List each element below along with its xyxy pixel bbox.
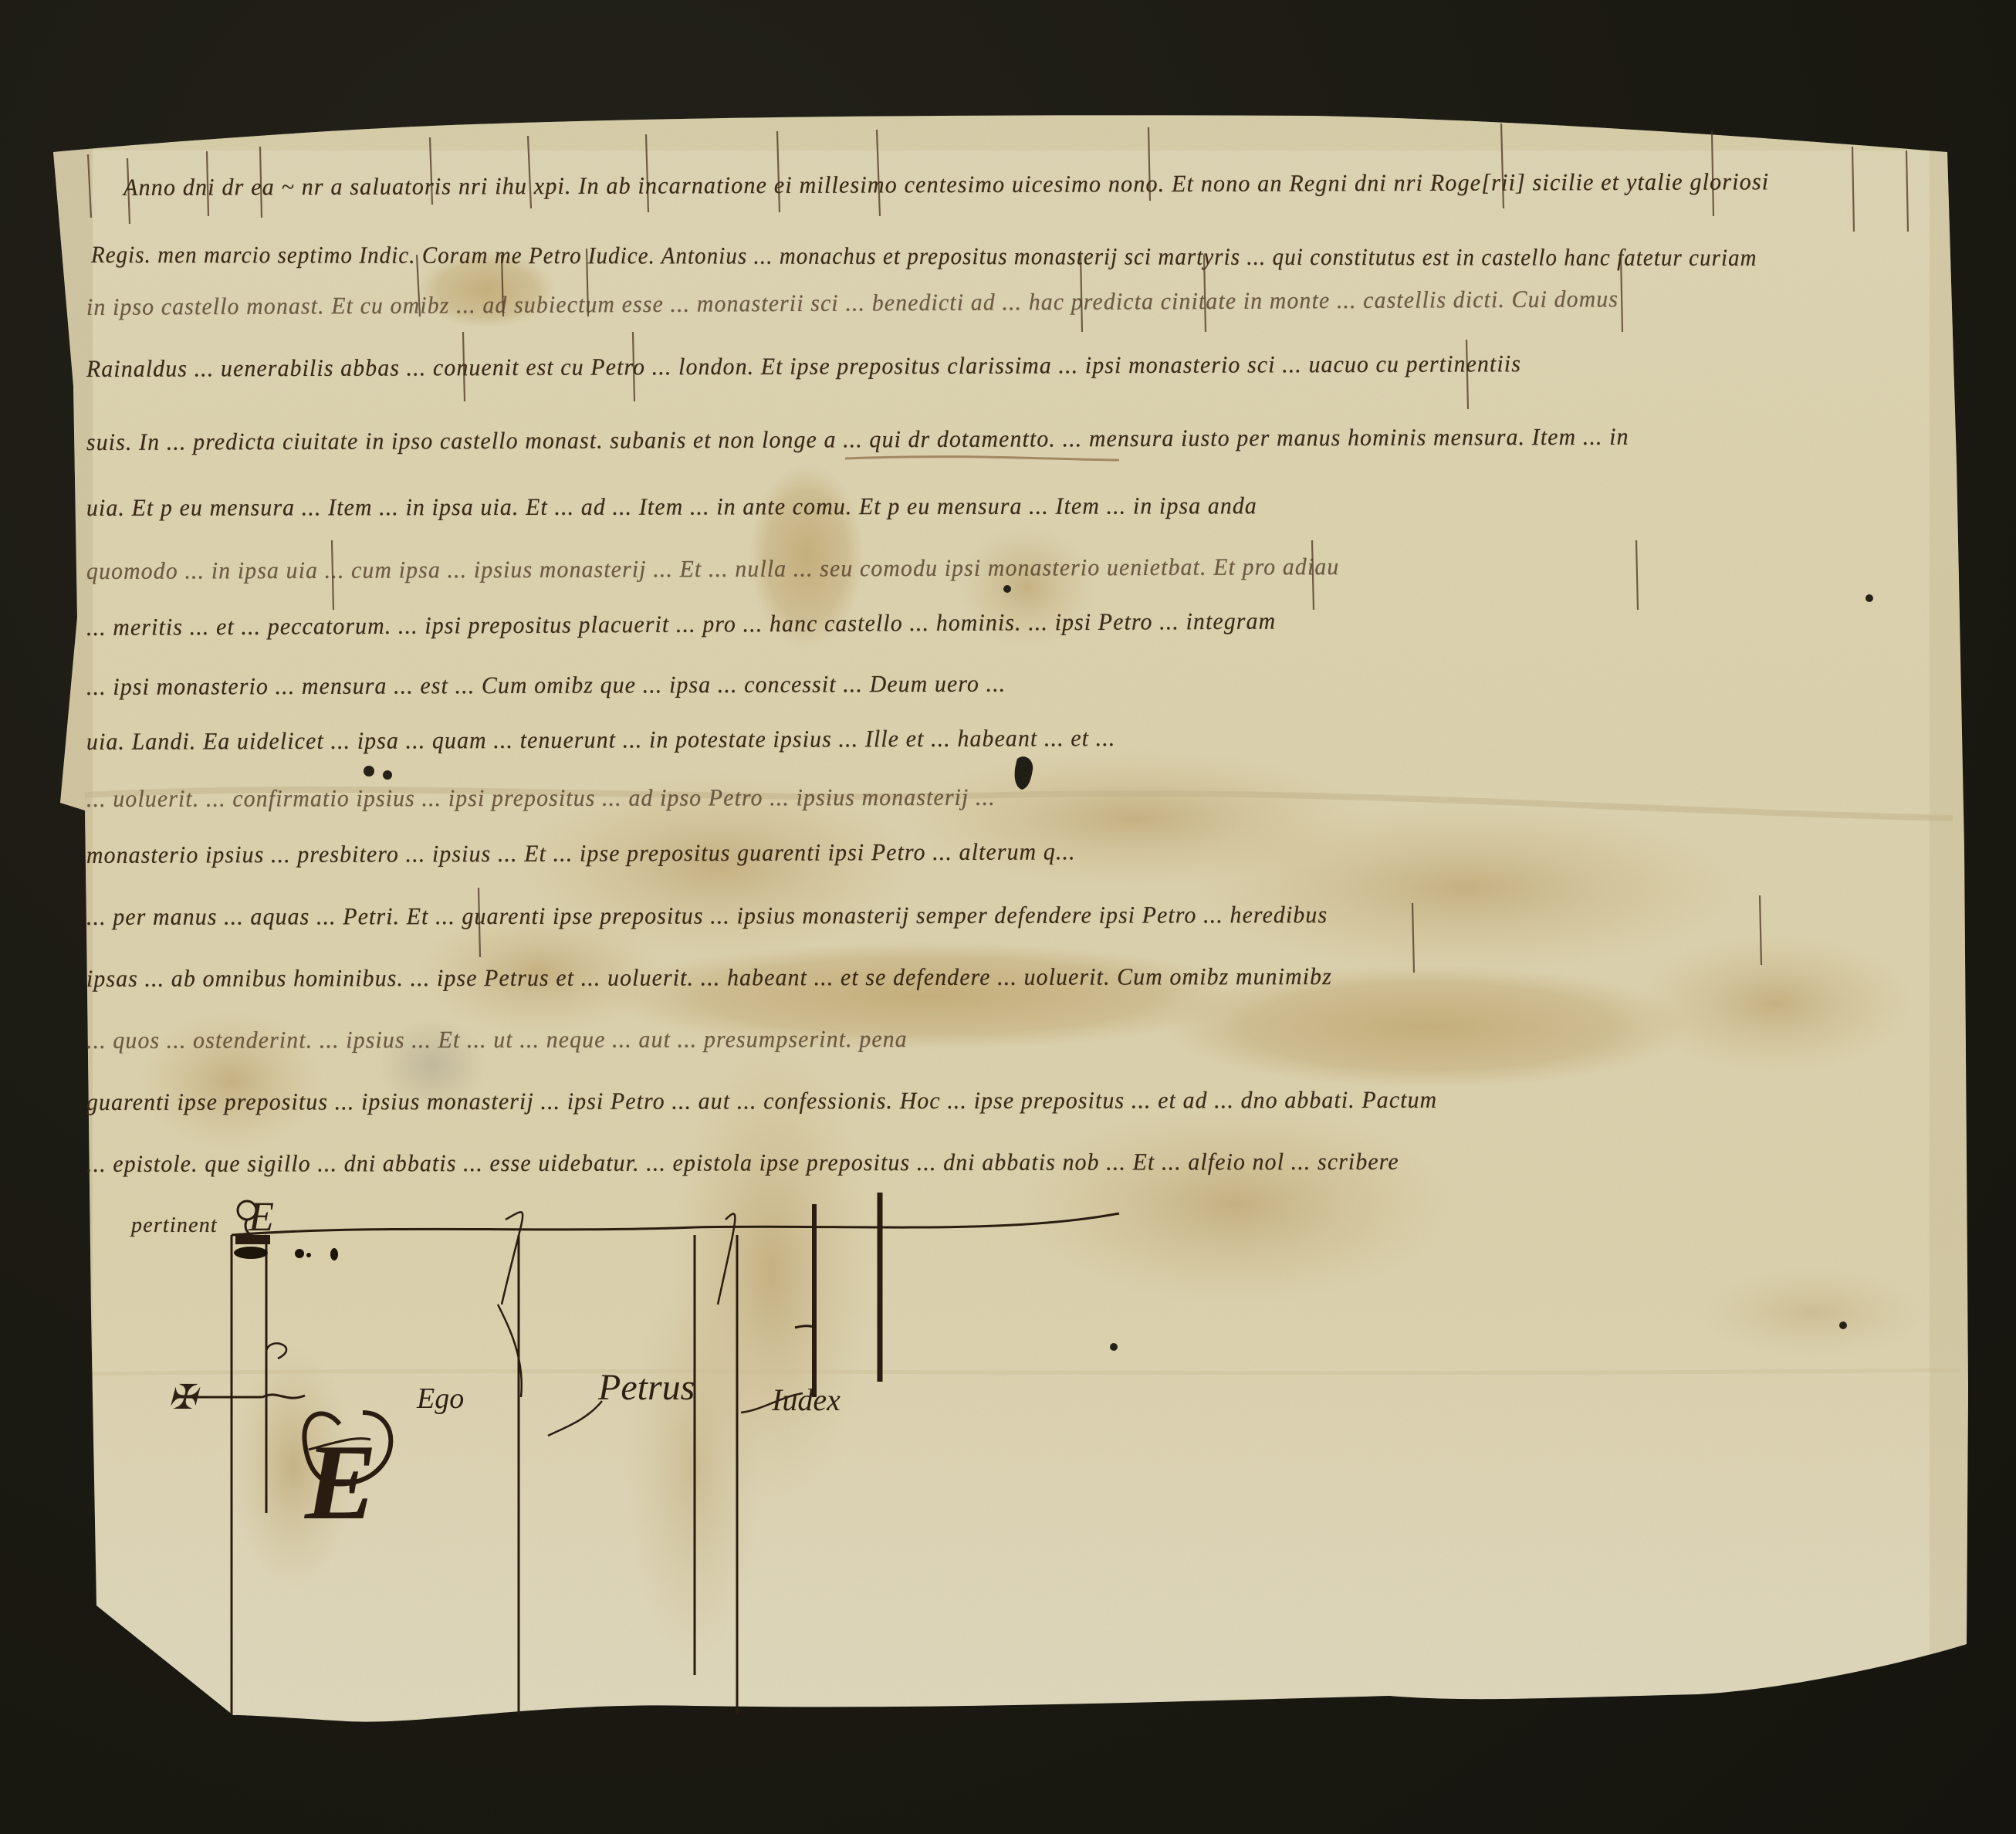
manuscript-photo: Anno dni dr ea ~ nr a saluatoris nri ihu… bbox=[0, 0, 2016, 1834]
parchment-sheet bbox=[0, 0, 2016, 1834]
